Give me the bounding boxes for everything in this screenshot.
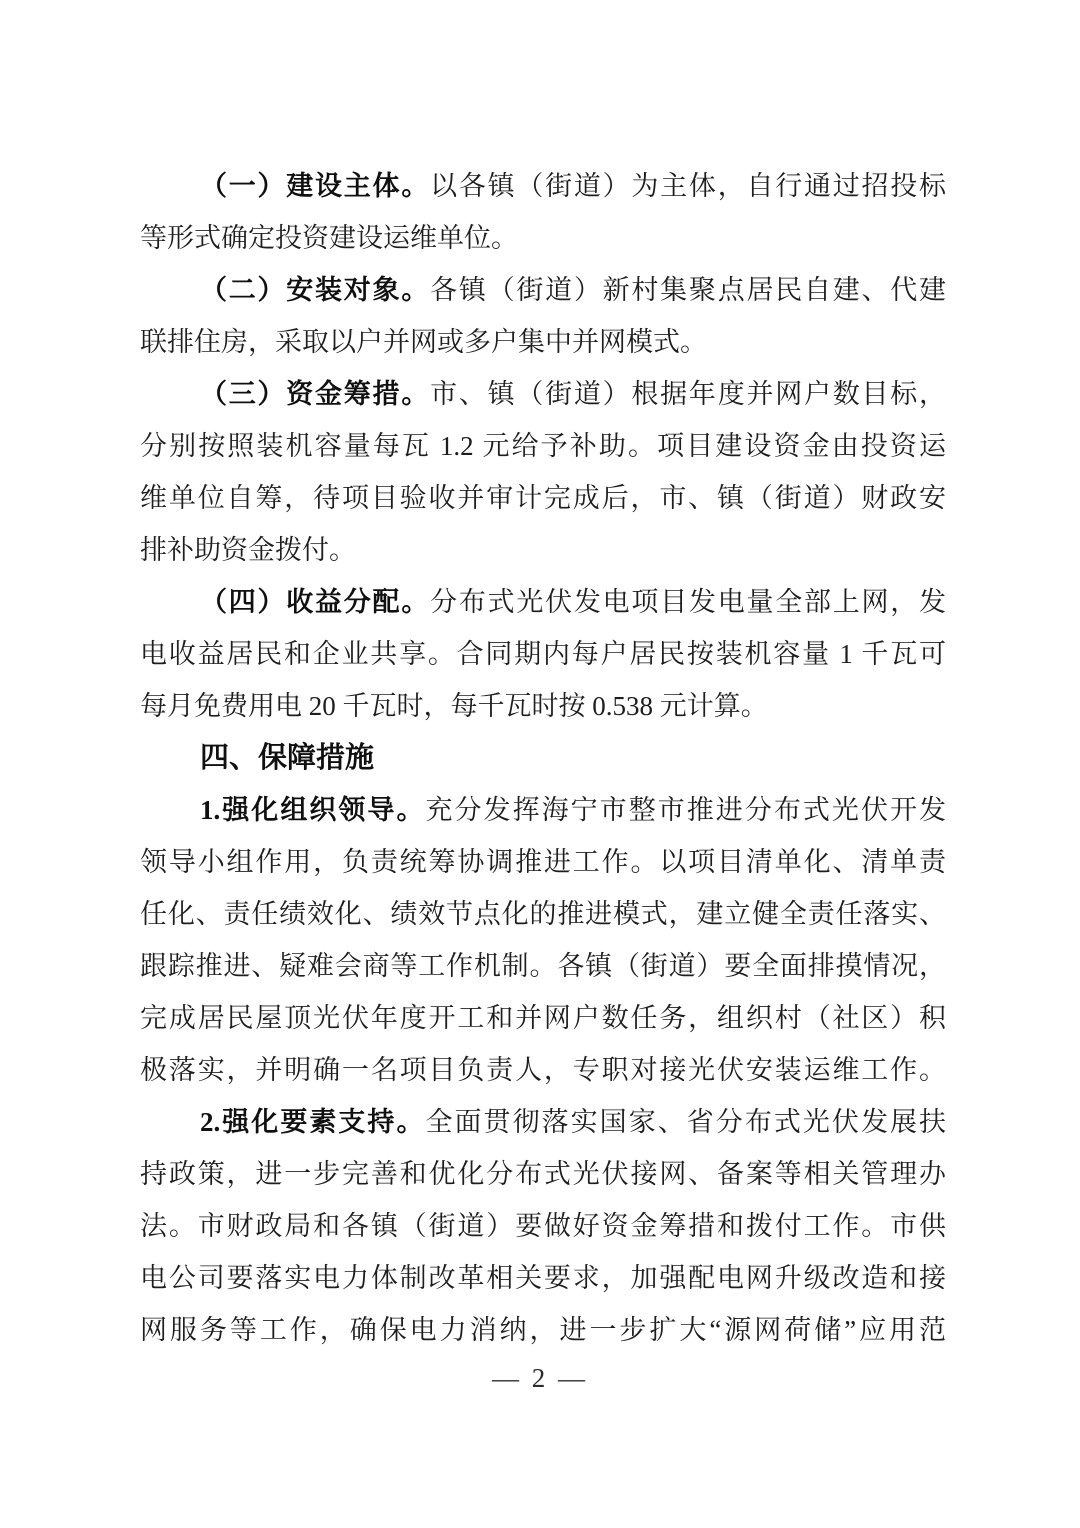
text-run: 全面贯彻落实国家、省分布式光伏发展扶 — [426, 1107, 947, 1137]
text-line: （四）收益分配。分布式光伏发电项目发电量全部上网，发 — [140, 576, 946, 628]
document-page: （一）建设主体。以各镇（街道）为主体，自行通过招投标 等形式确定投资建设运维单位… — [0, 0, 1080, 1528]
paragraph: （一）建设主体。以各镇（街道）为主体，自行通过招投标 等形式确定投资建设运维单位… — [140, 160, 946, 264]
item-heading: 2.强化要素支持。 — [200, 1107, 426, 1137]
text-line: 极落实，并明确一名项目负责人，专职对接光伏安装运维工作。 — [140, 1044, 946, 1096]
page-number: — 2 — — [0, 1352, 1080, 1404]
text-line: （二）安装对象。各镇（街道）新村集聚点居民自建、代建 — [140, 264, 946, 316]
text-run: 市、镇（街道）根据年度并网户数目标， — [430, 379, 946, 409]
text-line: 网服务等工作，确保电力消纳，进一步扩大“源网荷储”应用范 — [140, 1304, 946, 1356]
document-content: （一）建设主体。以各镇（街道）为主体，自行通过招投标 等形式确定投资建设运维单位… — [140, 160, 946, 1356]
text-run: 充分发挥海宁市整市推进分布式光伏开发 — [426, 795, 947, 825]
text-line: （三）资金筹措。市、镇（街道）根据年度并网户数目标， — [140, 368, 946, 420]
item-heading: （一）建设主体。 — [200, 171, 430, 201]
paragraph: 2.强化要素支持。全面贯彻落实国家、省分布式光伏发展扶 持政策，进一步完善和优化… — [140, 1096, 946, 1356]
text-line: 等形式确定投资建设运维单位。 — [140, 212, 946, 264]
text-line: 法。市财政局和各镇（街道）要做好资金筹措和拨付工作。市供 — [140, 1200, 946, 1252]
text-line: 维单位自筹，待项目验收并审计完成后，市、镇（街道）财政安 — [140, 472, 946, 524]
text-line: 每月免费用电 20 千瓦时，每千瓦时按 0.538 元计算。 — [140, 680, 946, 732]
text-line: 电公司要落实电力体制改革相关要求，加强配电网升级改造和接 — [140, 1252, 946, 1304]
text-line: 分别按照装机容量每瓦 1.2 元给予补助。项目建设资金由投资运 — [140, 420, 946, 472]
section-heading: 四、保障措施 — [140, 732, 946, 784]
paragraph: 1.强化组织领导。充分发挥海宁市整市推进分布式光伏开发 领导小组作用，负责统筹协… — [140, 784, 946, 1096]
item-heading: （二）安装对象。 — [200, 275, 430, 305]
text-line: 领导小组作用，负责统筹协调推进工作。以项目清单化、清单责 — [140, 836, 946, 888]
text-line: 排补助资金拨付。 — [140, 524, 946, 576]
item-heading: （三）资金筹措。 — [200, 379, 430, 409]
item-heading: 1.强化组织领导。 — [200, 795, 426, 825]
text-line: （一）建设主体。以各镇（街道）为主体，自行通过招投标 — [140, 160, 946, 212]
text-run: 以各镇（街道）为主体，自行通过招投标 — [430, 171, 946, 201]
text-line: 持政策，进一步完善和优化分布式光伏接网、备案等相关管理办 — [140, 1148, 946, 1200]
paragraph: （三）资金筹措。市、镇（街道）根据年度并网户数目标， 分别按照装机容量每瓦 1.… — [140, 368, 946, 576]
text-line: 电收益居民和企业共享。合同期内每户居民按装机容量 1 千瓦可 — [140, 628, 946, 680]
text-line: 完成居民屋顶光伏年度开工和并网户数任务，组织村（社区）积 — [140, 992, 946, 1044]
text-line: 联排住房，采取以户并网或多户集中并网模式。 — [140, 316, 946, 368]
text-run: 分布式光伏发电项目发电量全部上网，发 — [430, 587, 946, 617]
text-line: 1.强化组织领导。充分发挥海宁市整市推进分布式光伏开发 — [140, 784, 946, 836]
paragraph: （四）收益分配。分布式光伏发电项目发电量全部上网，发 电收益居民和企业共享。合同… — [140, 576, 946, 732]
text-line: 跟踪推进、疑难会商等工作机制。各镇（街道）要全面排摸情况， — [140, 940, 946, 992]
text-line: 2.强化要素支持。全面贯彻落实国家、省分布式光伏发展扶 — [140, 1096, 946, 1148]
item-heading: （四）收益分配。 — [200, 587, 430, 617]
text-run: 各镇（街道）新村集聚点居民自建、代建 — [430, 275, 946, 305]
paragraph: （二）安装对象。各镇（街道）新村集聚点居民自建、代建 联排住房，采取以户并网或多… — [140, 264, 946, 368]
text-line: 任化、责任绩效化、绩效节点化的推进模式，建立健全责任落实、 — [140, 888, 946, 940]
